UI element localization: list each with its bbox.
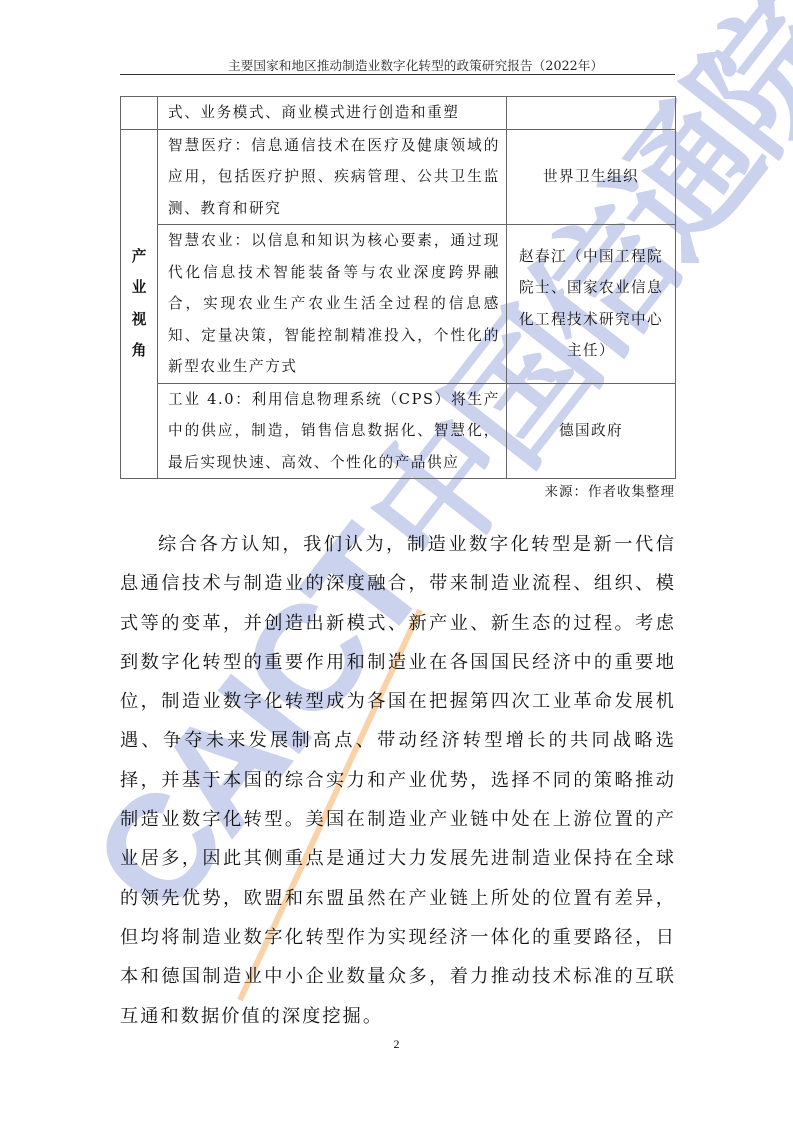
category-label-char: 角 bbox=[132, 335, 147, 367]
category-cell-industry-perspective: 产 业 视 角 bbox=[121, 129, 158, 479]
category-cell-empty bbox=[121, 97, 158, 130]
page-number: 2 bbox=[0, 1037, 793, 1052]
source-cell bbox=[507, 97, 676, 130]
source-cell-zhao-chunjiang: 赵春江（中国工程院院士、国家农业信息化工程技术研究中心主任） bbox=[507, 225, 676, 384]
source-cell-german-government: 德国政府 bbox=[507, 383, 676, 479]
table-row-continued: 式、业务模式、商业模式进行创造和重塑 bbox=[121, 97, 676, 130]
source-cell-who: 世界卫生组织 bbox=[507, 129, 676, 225]
content-cell-industry-4: 工业 4.0：利用信息物理系统（CPS）将生产中的供应，制造，销售信息数据化、智… bbox=[158, 383, 507, 479]
content-cell-smart-healthcare: 智慧医疗：信息通信技术在医疗及健康领域的应用，包括医疗护照、疾病管理、公共卫生监… bbox=[158, 129, 507, 225]
table-row: 智慧农业：以信息和知识为核心要素，通过现代化信息技术智能装备等与农业深度跨界融合… bbox=[121, 225, 676, 384]
content-cell: 式、业务模式、商业模式进行创造和重塑 bbox=[158, 97, 507, 130]
body-paragraph: 综合各方认知，我们认为，制造业数字化转型是新一代信息通信技术与制造业的深度融合，… bbox=[120, 525, 676, 1036]
category-label-char: 产 bbox=[132, 241, 147, 273]
content-cell-smart-agriculture: 智慧农业：以信息和知识为核心要素，通过现代化信息技术智能装备等与农业深度跨界融合… bbox=[158, 225, 507, 384]
table-row: 产 业 视 角 智慧医疗：信息通信技术在医疗及健康领域的应用，包括医疗护照、疾病… bbox=[121, 129, 676, 225]
category-label-char: 视 bbox=[132, 304, 147, 336]
page-header: 主要国家和地区推动制造业数字化转型的政策研究报告（2022年） bbox=[120, 54, 675, 75]
header-title: 主要国家和地区推动制造业数字化转型的政策研究报告（2022年） bbox=[228, 55, 603, 74]
table-source-note: 来源：作者收集整理 bbox=[545, 480, 676, 500]
table-row: 工业 4.0：利用信息物理系统（CPS）将生产中的供应，制造，销售信息数据化、智… bbox=[121, 383, 676, 479]
definition-table: 式、业务模式、商业模式进行创造和重塑 产 业 视 角 智慧医疗：信息通信技术在医… bbox=[120, 96, 676, 479]
category-label-char: 业 bbox=[132, 272, 147, 304]
